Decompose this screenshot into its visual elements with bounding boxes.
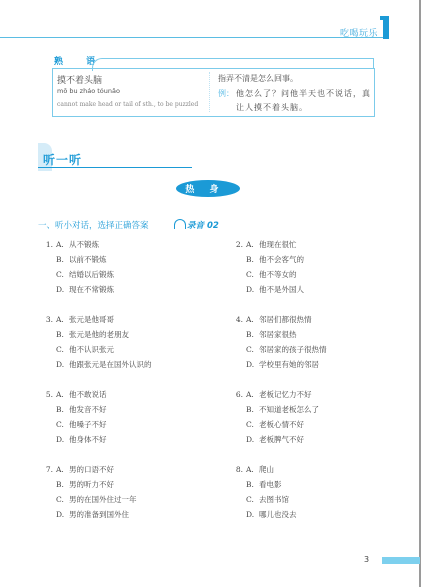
idiom-pinyin: mō bu zháo tóunǎo	[57, 87, 120, 95]
option-text: 邻居家很热	[259, 330, 297, 339]
section-title: 听一听	[43, 151, 82, 168]
option-text: 他身体不好	[69, 435, 107, 444]
question-3: 3.A.张元是他哥哥 B.张元是他的老朋友 C.他不认识张元 D.他跟张元是在国…	[40, 312, 152, 372]
option-text: 哪儿也没去	[259, 510, 297, 519]
option-text: 去图书馆	[259, 495, 289, 504]
option-text: 从不锻炼	[69, 240, 99, 249]
option-letter: D.	[246, 282, 259, 297]
option-text: 看电影	[259, 480, 282, 489]
option-text: 他不是外国人	[259, 285, 304, 294]
option-letter: A.	[56, 312, 69, 327]
option-text: 他不敢说话	[69, 390, 107, 399]
option-text: 结婚以后锻炼	[69, 270, 114, 279]
option-text: 以前不锻炼	[69, 255, 107, 264]
option-letter: B.	[246, 402, 259, 417]
option-text: 邻居家的孩子很热情	[259, 345, 327, 354]
option-letter: D.	[56, 432, 69, 447]
option-letter: D.	[56, 282, 69, 297]
option-text: 邻居们都很热情	[259, 315, 312, 324]
option-letter: D.	[246, 507, 259, 522]
option-letter: A.	[246, 237, 259, 252]
option-text: 男的在国外住过一年	[69, 495, 137, 504]
question-number: 3.	[40, 312, 53, 327]
option-text: 张元是他哥哥	[69, 315, 114, 324]
option-letter: B.	[246, 252, 259, 267]
option-letter: C.	[56, 492, 69, 507]
option-letter: D.	[246, 432, 259, 447]
option-text: 他嗓子不好	[69, 420, 107, 429]
idiom-divider	[209, 72, 211, 112]
option-letter: A.	[56, 237, 69, 252]
option-letter: B.	[56, 402, 69, 417]
option-letter: C.	[246, 342, 259, 357]
question-number: 4.	[230, 312, 243, 327]
idiom-english: cannot make head or tail of sth., to be …	[57, 101, 198, 108]
idiom-example-label: 例：	[218, 88, 234, 99]
option-text: 他不认识张元	[69, 345, 114, 354]
option-letter: C.	[246, 492, 259, 507]
option-letter: B.	[56, 252, 69, 267]
option-letter: B.	[246, 327, 259, 342]
option-letter: B.	[56, 477, 69, 492]
option-letter: A.	[246, 312, 259, 327]
option-text: 他不会客气的	[259, 255, 304, 264]
option-letter: B.	[246, 477, 259, 492]
idiom-tab-right-border	[373, 58, 374, 68]
option-text: 老板心情不好	[259, 420, 304, 429]
option-text: 男的口语不好	[69, 465, 114, 474]
headphones-icon	[174, 219, 186, 229]
audio-track-label: 录音 02	[187, 219, 219, 231]
header-rule	[0, 37, 383, 38]
exercise-instruction: 一、听小对话，选择正确答案	[38, 219, 149, 231]
option-text: 他不等女的	[259, 270, 297, 279]
question-2: 2.A.他现在很忙 B.他不会客气的 C.他不等女的 D.他不是外国人	[230, 237, 304, 297]
section-underline	[38, 167, 192, 168]
question-4: 4.A.邻居们都很热情 B.邻居家很热 C.邻居家的孩子很热情 D.学校里有她的…	[230, 312, 327, 372]
question-7: 7.A.男的口语不好 B.男的听力不好 C.男的在国外住过一年 D.男的准备到国…	[40, 462, 137, 522]
option-text: 老板记忆力不好	[259, 390, 312, 399]
question-number: 6.	[230, 387, 243, 402]
page-number: 3	[364, 555, 369, 564]
option-letter: C.	[246, 417, 259, 432]
idiom-term: 摸不着头脑	[57, 73, 102, 86]
option-text: 现在不常锻炼	[69, 285, 114, 294]
question-number: 2.	[230, 237, 243, 252]
option-letter: B.	[56, 327, 69, 342]
option-text: 他跟张元是在国外认识的	[69, 360, 152, 369]
option-text: 他现在很忙	[259, 240, 297, 249]
idiom-example-line-2: 让人摸不着头脑。	[236, 102, 308, 113]
option-letter: C.	[56, 267, 69, 282]
question-number: 7.	[40, 462, 53, 477]
question-6: 6.A.老板记忆力不好 B.不知道老板怎么了 C.老板心情不好 D.老板脾气不好	[230, 387, 319, 447]
option-letter: A.	[56, 387, 69, 402]
question-number: 8.	[230, 462, 243, 477]
option-letter: C.	[56, 342, 69, 357]
option-text: 爬山	[259, 465, 274, 474]
chapter-marker-bar	[383, 16, 389, 39]
option-text: 他发音不好	[69, 405, 107, 414]
option-letter: D.	[56, 507, 69, 522]
question-number: 1.	[40, 237, 53, 252]
option-text: 不知道老板怎么了	[259, 405, 319, 414]
option-letter: D.	[56, 357, 69, 372]
question-8: 8.A.爬山 B.看电影 C.去图书馆 D.哪儿也没去	[230, 462, 297, 522]
idiom-example-line-1: 他怎么了？问他半天也不说话，真	[236, 88, 371, 99]
option-text: 张元是他的老朋友	[69, 330, 129, 339]
option-letter: D.	[246, 357, 259, 372]
page-number-bar	[382, 557, 420, 564]
warmup-label: 热 身	[176, 182, 234, 195]
idiom-meaning: 指弄不清是怎么回事。	[218, 73, 298, 84]
question-number: 5.	[40, 387, 53, 402]
question-1: 1.A.从不锻炼 B.以前不锻炼 C.结婚以后锻炼 D.现在不常锻炼	[40, 237, 114, 297]
option-text: 男的准备到国外住	[69, 510, 129, 519]
question-5: 5.A.他不敢说话 B.他发音不好 C.他嗓子不好 D.他身体不好	[40, 387, 107, 447]
option-text: 老板脾气不好	[259, 435, 304, 444]
option-letter: A.	[56, 462, 69, 477]
option-letter: A.	[246, 387, 259, 402]
chapter-title: 吃喝玩乐	[340, 26, 378, 39]
option-text: 男的听力不好	[69, 480, 114, 489]
option-letter: A.	[246, 462, 259, 477]
option-letter: C.	[56, 417, 69, 432]
idiom-tab-top-border	[103, 58, 374, 59]
option-text: 学校里有她的邻居	[259, 360, 319, 369]
option-letter: C.	[246, 267, 259, 282]
